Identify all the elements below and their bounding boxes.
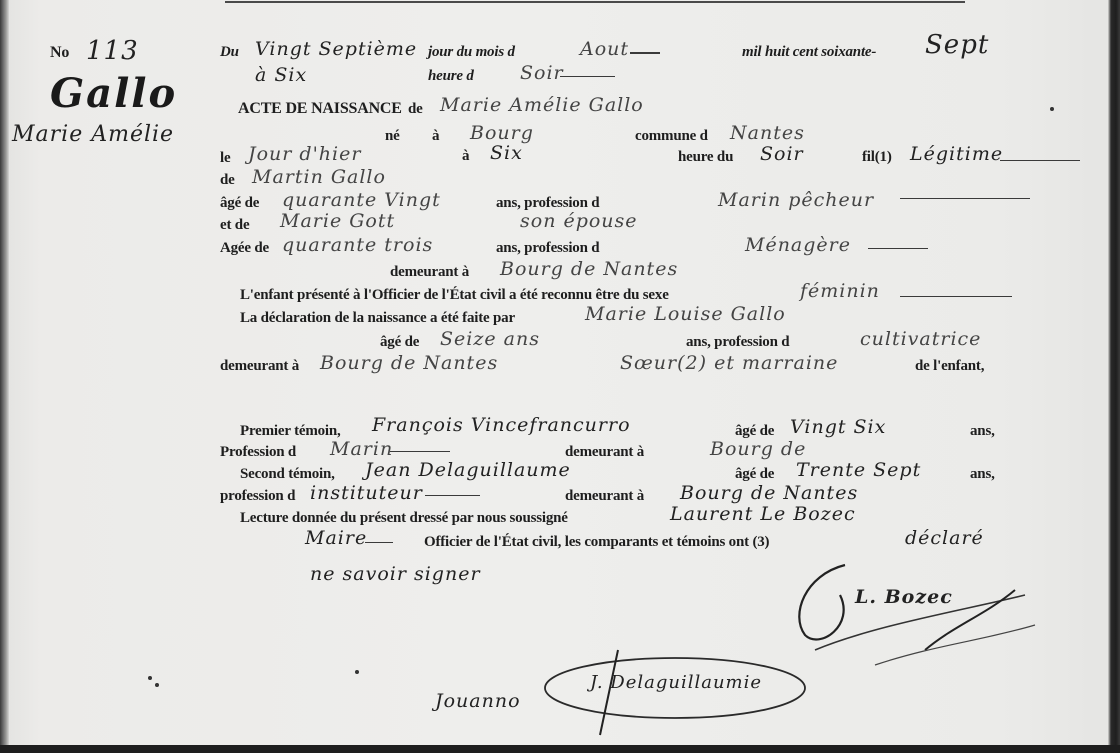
day-value: Vingt Septième xyxy=(255,38,417,60)
du-label: Du xyxy=(220,44,239,61)
second-ans: ans, xyxy=(970,466,995,483)
acte-title: ACTE DE NAISSANCE xyxy=(238,100,402,118)
demeurant-value: Bourg de Nantes xyxy=(500,258,678,280)
child-name: Marie Amélie Gallo xyxy=(440,94,644,116)
signer-text: ne savoir signer xyxy=(310,563,481,585)
declaration-text: La déclaration de la naissance a été fai… xyxy=(240,310,515,327)
fill-stroke xyxy=(365,542,393,543)
officier-text: Officier de l'État civil, les comparants… xyxy=(424,534,769,551)
mother-age: quarante trois xyxy=(282,234,433,256)
commune-label: commune d xyxy=(635,128,708,145)
declarant-demeurant-value: Bourg de Nantes xyxy=(320,352,498,374)
fill-stroke xyxy=(390,451,450,452)
year-label: mil huit cent soixante- xyxy=(742,44,876,61)
top-rule xyxy=(225,1,965,3)
second-age: Trente Sept xyxy=(796,459,921,481)
second-temoin-name: Jean Delaguillaume xyxy=(365,459,571,481)
number-label: No xyxy=(50,44,69,62)
legitimacy-value: Légitime xyxy=(910,143,1003,165)
officer-title: Maire xyxy=(305,527,367,549)
mother-ans-label: ans, profession d xyxy=(496,240,599,257)
fill-stroke xyxy=(630,52,660,54)
mother-profession: Ménagère xyxy=(745,234,851,256)
de-label: de xyxy=(408,101,423,118)
premier-demeurant-label: demeurant à xyxy=(565,444,644,461)
witness-signature: J. Delaguillaumie xyxy=(590,672,762,693)
heure-value: Soir xyxy=(520,62,564,84)
premier-age: Vingt Six xyxy=(790,416,886,438)
commune-value: Nantes xyxy=(730,122,805,144)
second-age-label: âgé de xyxy=(735,466,774,483)
declared-value: déclaré xyxy=(905,527,984,549)
declarant-age-label: âgé de xyxy=(380,334,419,351)
ink-speck xyxy=(155,683,159,687)
father-age: quarante Vingt xyxy=(282,189,441,211)
birth-place: Bourg xyxy=(470,122,534,144)
le-label: le xyxy=(220,150,230,167)
pere-label: de xyxy=(220,172,235,189)
fill-stroke xyxy=(1000,160,1080,161)
de-lenfant-label: de l'enfant, xyxy=(915,358,984,375)
jour-du-mois-label: jour du mois d xyxy=(428,44,515,61)
father-age-label: âgé de xyxy=(220,195,259,212)
heure-label: heure d xyxy=(428,68,474,85)
father-profession: Marin pêcheur xyxy=(718,189,874,211)
viewer-bottom-bar xyxy=(0,745,1120,753)
page-right-edge xyxy=(1108,0,1120,745)
month-value: Aout xyxy=(580,38,629,60)
second-demeurant-label: demeurant à xyxy=(565,488,644,505)
demeurant-label: demeurant à xyxy=(390,264,469,281)
declarant-profession: cultivatrice xyxy=(860,328,981,350)
birth-hour: Six xyxy=(490,142,523,164)
legitimacy-prefix: fil(1) xyxy=(862,149,892,166)
sexe-value: féminin xyxy=(800,280,880,302)
mere-label: et de xyxy=(220,217,249,234)
ink-speck xyxy=(148,676,152,680)
premier-profession: Marin xyxy=(330,438,393,460)
declarant-demeurant-label: demeurant à xyxy=(220,358,299,375)
heure-du-label: heure du xyxy=(678,149,733,166)
witness-prefix: Jouanno xyxy=(435,690,521,712)
sexe-text: L'enfant présenté à l'Officier de l'État… xyxy=(240,287,669,304)
mayor-signature-flourish xyxy=(785,555,1045,675)
a-label: à xyxy=(432,128,439,145)
margin-surname: Gallo xyxy=(50,70,177,117)
a2-label: à xyxy=(462,148,469,165)
second-demeurant-value: Bourg de Nantes xyxy=(680,482,858,504)
declarant-age: Seize ans xyxy=(440,328,540,350)
ink-speck xyxy=(1050,107,1054,111)
second-temoin-label: Second témoin, xyxy=(240,466,335,483)
le-value: Jour d'hier xyxy=(248,143,361,165)
ne-label: né xyxy=(385,128,400,145)
officer-name: Laurent Le Bozec xyxy=(670,503,856,525)
document-page: No 113 Gallo Marie Amélie Du Vingt Septi… xyxy=(0,0,1120,745)
second-profession: instituteur xyxy=(310,482,423,504)
mother-name: Marie Gott xyxy=(280,210,395,232)
hour-value: à Six xyxy=(255,64,307,86)
premier-ans: ans, xyxy=(970,423,995,440)
heure-du-value: Soir xyxy=(760,143,804,165)
fill-stroke xyxy=(560,76,615,77)
premier-demeurant-value: Bourg de xyxy=(710,438,806,460)
premier-profession-label: Profession d xyxy=(220,444,296,461)
fill-stroke xyxy=(900,296,1012,297)
page-binding-edge xyxy=(0,0,9,745)
fill-stroke xyxy=(900,198,1030,199)
margin-given-names: Marie Amélie xyxy=(12,122,174,147)
declarant-relation: Sœur(2) et marraine xyxy=(620,352,838,374)
ink-speck xyxy=(355,670,359,674)
year-value: Sept xyxy=(925,30,989,60)
declarant-ans-label: ans, profession d xyxy=(686,334,789,351)
mother-relation: son épouse xyxy=(520,210,638,232)
premier-temoin-name: François Vincefrancurro xyxy=(372,414,631,436)
lecture-text: Lecture donnée du présent dressé par nou… xyxy=(240,510,568,527)
premier-temoin-label: Premier témoin, xyxy=(240,423,341,440)
number-value: 113 xyxy=(86,36,139,66)
second-profession-label: profession d xyxy=(220,488,295,505)
declarant-name: Marie Louise Gallo xyxy=(585,303,786,325)
father-name: Martin Gallo xyxy=(252,166,386,188)
fill-stroke xyxy=(868,248,928,249)
mother-age-label: Agée de xyxy=(220,240,269,257)
fill-stroke xyxy=(425,495,480,496)
mayor-signature: L. Bozec xyxy=(855,586,953,608)
